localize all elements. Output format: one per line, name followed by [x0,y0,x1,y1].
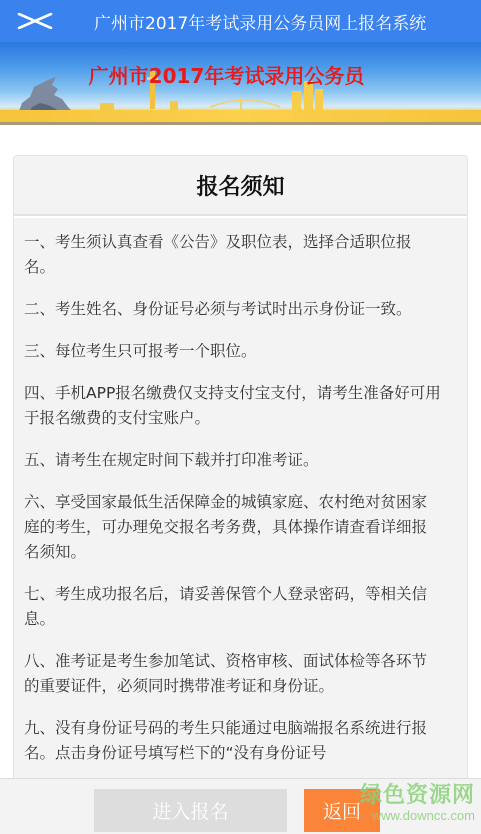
notice-list: 一、考生须认真查看《公告》及职位表，选择合适职位报名。 二、考生姓名、身份证号必… [14,218,467,766]
notice-item-2: 二、考生姓名、身份证号必须与考试时出示身份证一致。 [24,297,441,322]
banner-ground [0,110,481,122]
notice-title: 报名须知 [196,170,284,201]
notice-item-1: 一、考生须认真查看《公告》及职位表，选择合适职位报名。 [24,230,441,280]
notice-card-header: 报名须知 [14,156,467,216]
top-bar: 广州市2017年考试录用公务员网上报名系统 [0,0,481,42]
notice-item-7: 七、考生成功报名后，请妥善保管个人登录密码，等相关信息。 [24,582,441,632]
banner-divider [0,122,481,125]
banner-title: 广州市2017年考试录用公务员 [0,60,481,89]
enter-registration-button[interactable]: 进入报名 [94,789,287,832]
notice-item-3: 三、每位考生只可报考一个职位。 [24,339,441,364]
back-button[interactable]: 返回 [304,789,380,832]
header-banner: 广州市2017年考试录用公务员 [0,42,481,125]
bottom-action-bar: 进入报名 返回 [0,778,481,834]
app-root: 广州市2017年考试录用公务员网上报名系统 广州市2017年考试录用公务员 报名… [0,0,481,834]
notice-card[interactable]: 报名须知 一、考生须认真查看《公告》及职位表，选择合适职位报名。 二、考生姓名、… [13,155,468,795]
notice-item-6: 六、享受国家最低生活保障金的城镇家庭、农村绝对贫困家庭的考生，可办理免交报名考务… [24,490,441,565]
app-title: 广州市2017年考试录用公务员网上报名系统 [94,9,426,34]
notice-item-5: 五、请考生在规定时间下载并打印准考证。 [24,448,441,473]
notice-item-9: 九、没有身份证号码的考生只能通过电脑端报名系统进行报名。点击身份证号填写栏下的“… [24,716,441,766]
close-button[interactable] [0,0,70,42]
notice-item-4: 四、手机APP报名缴费仅支持支付宝支付，请考生准备好可用于报名缴费的支付宝账户。 [24,381,441,431]
close-x-icon [17,13,53,29]
notice-item-8: 八、准考证是考生参加笔试、资格审核、面试体检等各环节的重要证件，必须同时携带准考… [24,649,441,699]
